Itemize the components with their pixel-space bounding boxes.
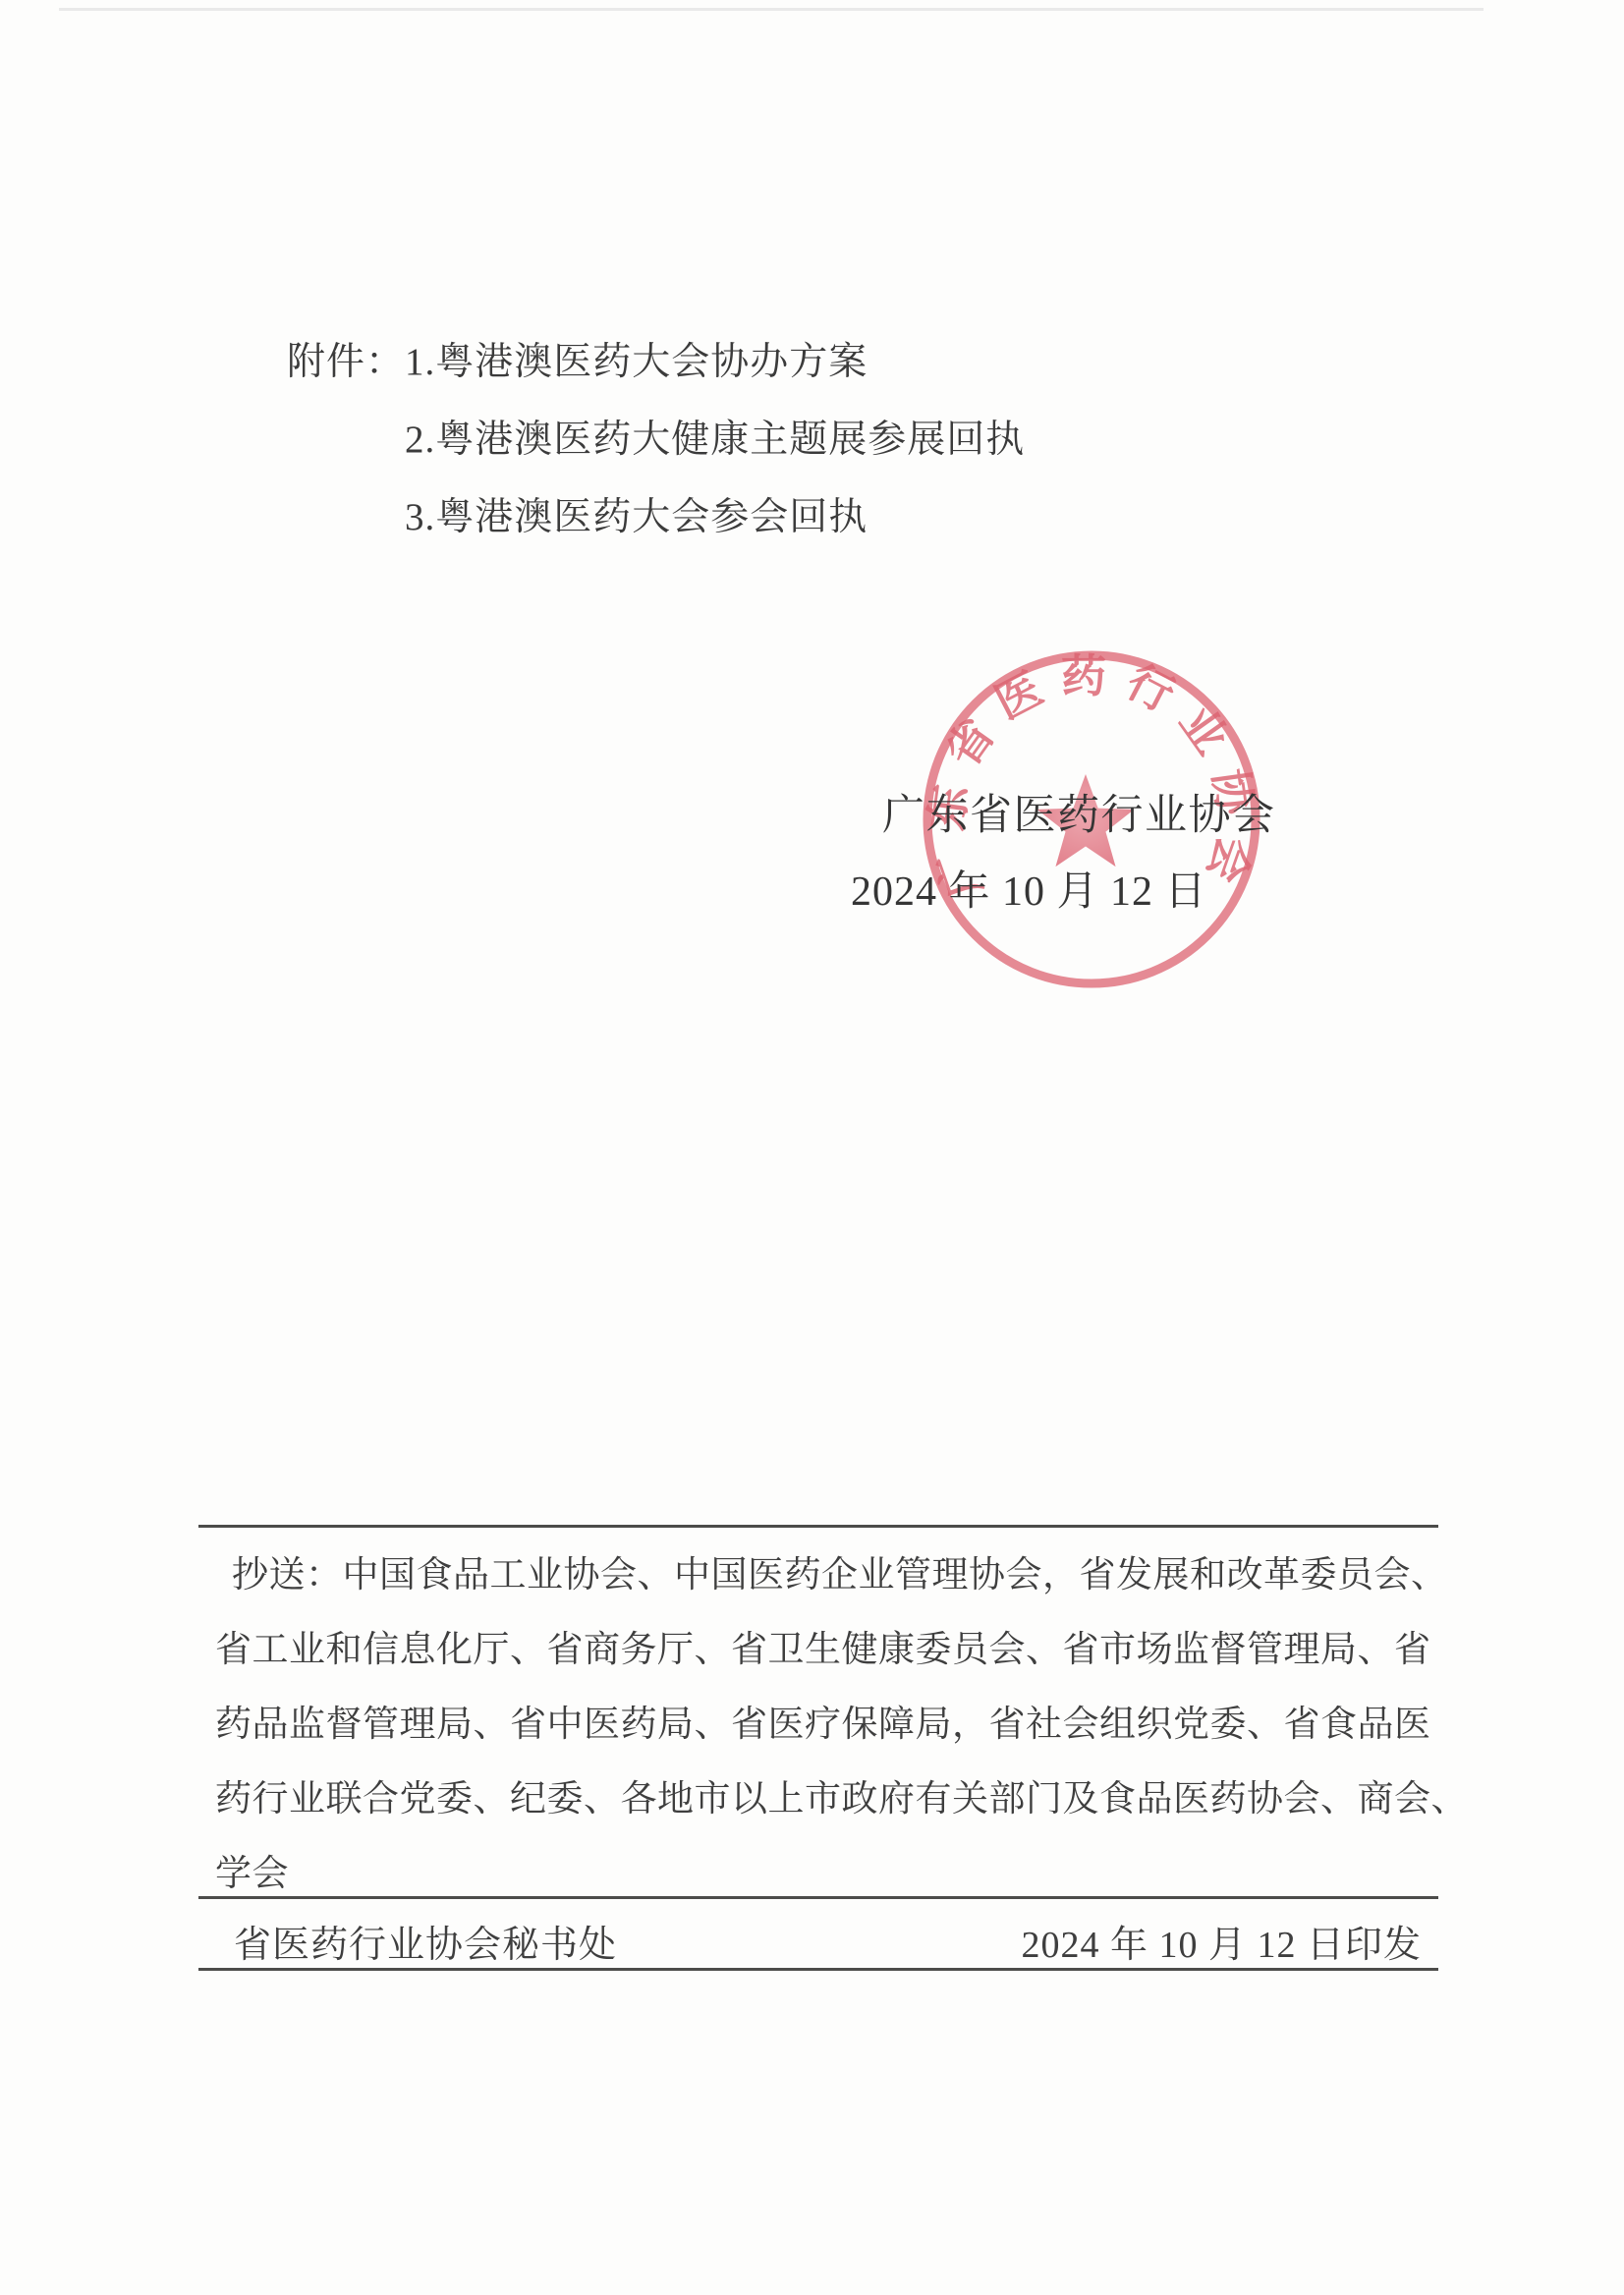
cc-line-2: 省工业和信息化厅、省商务厅、省卫生健康委员会、省市场监督管理局、省 [215, 1613, 1443, 1688]
attachment-item-1: 1.粤港澳医药大会协办方案 [405, 323, 1025, 401]
attachment-item-3: 3.粤港澳医药大会参会回执 [405, 478, 1025, 556]
footer-row: 省医药行业协会秘书处 2024 年 10 月 12 日印发 [234, 1914, 1422, 1968]
attachments-block: 附件： 1.粤港澳医药大会协办方案 2.粤港澳医药大健康主题展参展回执 3.粤港… [287, 323, 1025, 556]
document-page: 附件： 1.粤港澳医药大会协办方案 2.粤港澳医药大健康主题展参展回执 3.粤港… [0, 0, 1624, 2295]
divider-bottom [198, 1968, 1438, 1971]
cc-line-1: 抄送：中国食品工业协会、中国医药企业管理协会，省发展和改革委员会、 [215, 1539, 1443, 1613]
signature-organization: 广东省医药行业协会 [882, 782, 1276, 842]
divider-middle [198, 1896, 1438, 1899]
scan-artifact [59, 8, 1484, 11]
footer-issuer: 省医药行业协会秘书处 [234, 1914, 617, 1968]
cc-line-3: 药品监督管理局、省中医药局、省医疗保障局，省社会组织党委、省食品医 [215, 1688, 1443, 1763]
attachment-item-2: 2.粤港澳医药大健康主题展参展回执 [405, 401, 1025, 478]
attachments-items: 1.粤港澳医药大会协办方案 2.粤港澳医药大健康主题展参展回执 3.粤港澳医药大… [405, 323, 1025, 556]
cc-line-5: 学会 [215, 1837, 1443, 1912]
attachments-label: 附件： [287, 323, 405, 401]
cc-line-4: 药行业联合党委、纪委、各地市以上市政府有关部门及食品医药协会、商会、 [215, 1763, 1443, 1837]
divider-top [198, 1525, 1438, 1528]
cc-block: 抄送：中国食品工业协会、中国医药企业管理协会，省发展和改革委员会、 省工业和信息… [215, 1539, 1443, 1912]
signature-date: 2024 年 10 月 12 日 [851, 859, 1207, 918]
footer-print-date: 2024 年 10 月 12 日印发 [1021, 1914, 1422, 1968]
